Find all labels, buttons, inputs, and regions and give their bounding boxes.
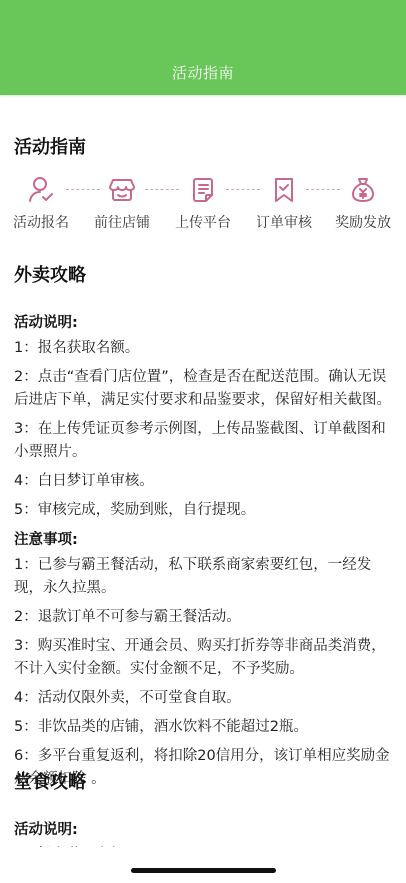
note-item: 3：购买准时宝、开通会员、购买打折券等非商品类消费，不计入实付金额。实付金额不足… xyxy=(14,635,394,681)
guide-title: 活动指南 xyxy=(14,133,86,159)
instruction-item: 3：在上传凭证页参考示例图，上传品鉴截图、订单截图和小票照片。 xyxy=(14,418,394,464)
step-label: 上传平台 xyxy=(168,212,238,232)
note-item: 2：退款订单不可参与霸王餐活动。 xyxy=(14,606,394,629)
instruction-item: 2：点击“查看门店位置”，检查是否在配送范围。确认无误后进店下单，满足实付要求和… xyxy=(14,366,394,412)
step-upload: 上传平台 xyxy=(168,175,238,232)
step-label: 奖励发放 xyxy=(328,212,398,232)
note-item: 4：活动仅限外卖，不可堂食自取。 xyxy=(14,687,394,710)
takeout-title: 外卖攻略 xyxy=(14,261,394,287)
instruction-item: 1：报名获取名额。 xyxy=(14,337,394,360)
takeout-notes-heading: 注意事项: xyxy=(14,528,394,549)
takeout-instructions-heading: 活动说明: xyxy=(14,311,394,332)
step-label: 活动报名 xyxy=(6,212,76,232)
instruction-item: 5：审核完成，奖励到账，自行提现。 xyxy=(14,499,394,522)
dinein-instructions-heading: 活动说明: xyxy=(14,818,394,839)
instruction-item: 4：白日梦订单审核。 xyxy=(14,470,394,493)
note-item: 1：已参与霸王餐活动，私下联系商家索要红包，一经发现，永久拉黑。 xyxy=(14,554,394,600)
step-label: 前往店铺 xyxy=(87,212,157,232)
document-upload-icon xyxy=(168,175,238,205)
page-title: 活动指南 xyxy=(0,62,406,83)
dinein-section: 堂食攻略 活动说明: 1：报名获取名额。 xyxy=(14,768,394,847)
instruction-item: 1：报名获取名额。 xyxy=(14,844,394,847)
dinein-title: 堂食攻略 xyxy=(14,768,394,794)
note-item: 5：非饮品类的店铺，酒水饮料不能超过2瓶。 xyxy=(14,716,394,739)
money-bag-icon xyxy=(328,175,398,205)
step-signup: 活动报名 xyxy=(6,175,76,232)
step-store: 前往店铺 xyxy=(87,175,157,232)
guide-steps: 活动报名 前往店铺 上传平台 xyxy=(0,175,406,235)
takeout-section: 外卖攻略 活动说明: 1：报名获取名额。 2：点击“查看门店位置”，检查是否在配… xyxy=(14,261,394,797)
store-icon xyxy=(87,175,157,205)
step-label: 订单审核 xyxy=(249,212,319,232)
user-check-icon xyxy=(6,175,76,205)
home-indicator xyxy=(131,868,276,873)
scroll-content[interactable]: 活动指南 活动报名 前往店铺 xyxy=(0,95,406,847)
step-review: 订单审核 xyxy=(249,175,319,232)
bookmark-check-icon xyxy=(249,175,319,205)
navbar: 活动指南 xyxy=(0,0,406,95)
step-reward: 奖励发放 xyxy=(328,175,398,232)
